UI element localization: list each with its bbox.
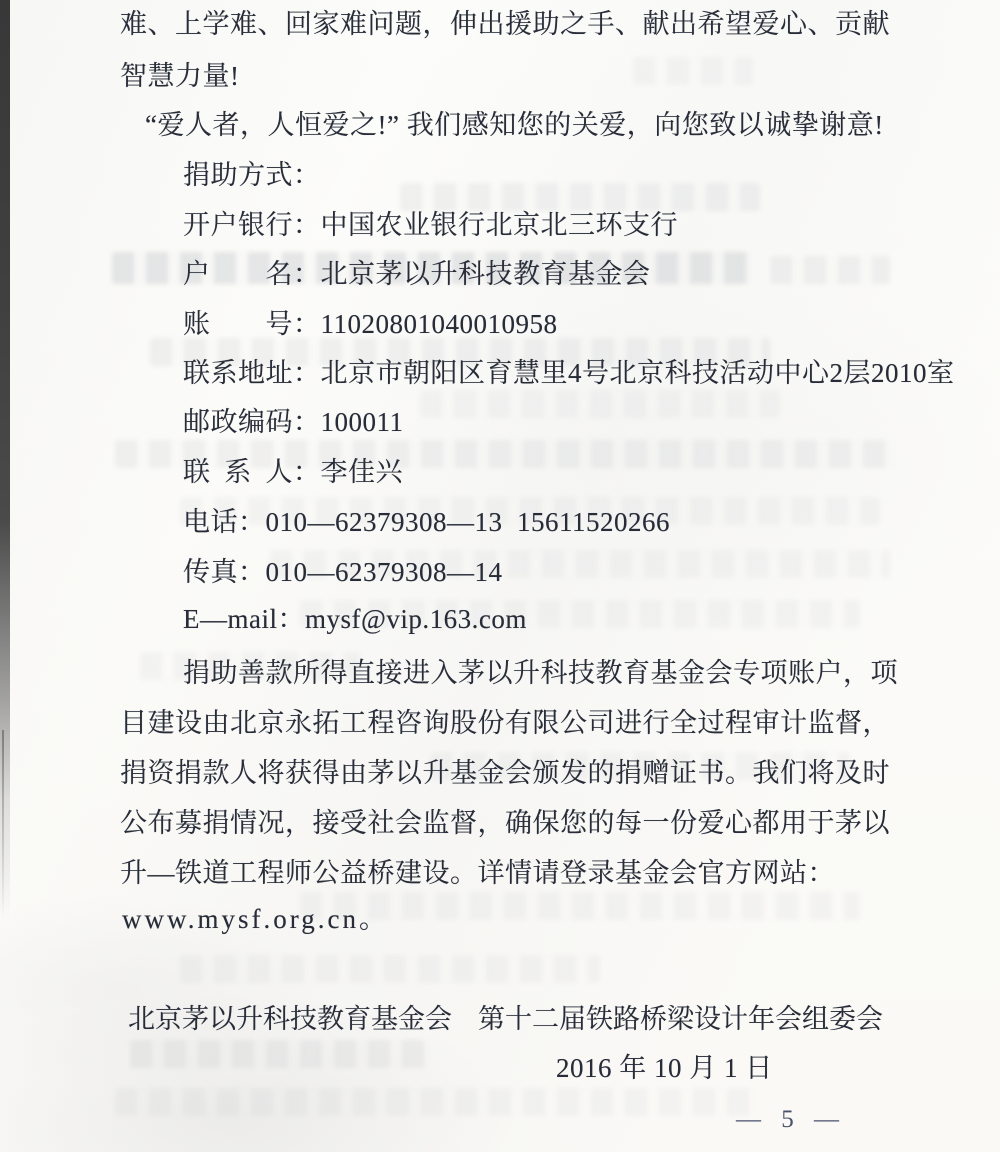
closing-paragraph-line: 目建设由北京永拓工程咨询股份有限公司进行全过程审计监督， — [120, 705, 890, 741]
field-row-postal-code: 邮政编码：100011 — [183, 404, 404, 440]
quote-line: “爱人者，人恒爱之!” 我们感知您的关爱，向您致以诚挚谢意! — [145, 107, 884, 143]
field-colon: ： — [293, 210, 321, 240]
bleedthrough-artifact — [420, 390, 780, 418]
field-colon: ： — [277, 604, 305, 634]
field-label: 户名 — [183, 256, 293, 292]
bleedthrough-artifact — [130, 1040, 430, 1068]
field-label: E—mail — [183, 604, 277, 634]
bleedthrough-artifact — [770, 256, 890, 284]
field-label: 账号 — [183, 306, 293, 342]
website-url: www.mysf.org.cn。 — [122, 901, 389, 937]
closing-paragraph-line: 升—铁道工程师公益桥建设。详情请登录基金会官方网站： — [120, 855, 835, 891]
field-value-account-number: 11020801040010958 — [321, 309, 558, 339]
field-row-fax: 传真：010—62379308—14 — [183, 554, 503, 590]
intro-line: 难、上学难、回家难问题，伸出援助之手、献出希望爱心、贡献 — [120, 6, 890, 42]
field-row-account-name: 户名：北京茅以升科技教育基金会 — [183, 256, 651, 292]
field-value-bank: 中国农业银行北京北三环支行 — [321, 210, 679, 240]
closing-paragraph-line: 捐资捐款人将获得由茅以升基金会颁发的捐赠证书。我们将及时 — [120, 755, 890, 791]
field-row-contact-person: 联系人：李佳兴 — [183, 454, 403, 490]
intro-line: 智慧力量! — [120, 58, 240, 94]
field-row-phone: 电话：010—62379308—13 15611520266 — [183, 504, 670, 540]
field-value-fax: 010—62379308—14 — [266, 557, 503, 587]
field-colon: ： — [293, 457, 321, 487]
field-value-postal-code: 100011 — [321, 407, 404, 437]
donation-heading: 捐助方式： — [183, 157, 321, 193]
field-label: 联系人 — [183, 454, 293, 490]
field-colon: ： — [293, 309, 321, 339]
field-row-email: E—mail：mysf@vip.163.com — [183, 601, 527, 637]
field-label: 联系地址 — [183, 355, 293, 391]
field-label: 电话 — [183, 507, 238, 537]
signature-organization-2: 第十二届铁路桥梁设计年会组委会 — [478, 1004, 883, 1034]
field-colon: ： — [293, 358, 321, 388]
field-row-account-number: 账号：11020801040010958 — [183, 306, 558, 342]
bleedthrough-artifact — [180, 955, 600, 983]
field-label: 邮政编码 — [183, 404, 293, 440]
page-number: — 5 — — [736, 1102, 846, 1138]
field-colon: ： — [238, 507, 266, 537]
field-value-contact-person: 李佳兴 — [321, 457, 404, 487]
scan-edge-line — [2, 730, 4, 920]
field-row-address: 联系地址：北京市朝阳区育慧里4号北京科技活动中心2层2010室 — [183, 355, 955, 391]
heading-colon: ： — [293, 160, 321, 190]
signature-organization-1: 北京茅以升科技教育基金会 — [128, 1004, 452, 1034]
closing-paragraph-line: 公布募捐情况，接受社会监督，确保您的每一份爱心都用于茅以 — [120, 805, 890, 841]
field-value-address: 北京市朝阳区育慧里4号北京科技活动中心2层2010室 — [321, 358, 955, 388]
field-value-phone: 010—62379308—13 15611520266 — [266, 507, 671, 537]
signature-line: 北京茅以升科技教育基金会第十二届铁路桥梁设计年会组委会 — [128, 1001, 883, 1037]
bleedthrough-artifact — [633, 57, 753, 85]
field-value-email: mysf@vip.163.com — [305, 604, 527, 634]
signature-date: 2016 年 10 月 1 日 — [556, 1050, 773, 1086]
bleedthrough-artifact — [115, 1088, 755, 1116]
field-colon: ： — [293, 407, 321, 437]
field-label: 开户银行 — [183, 207, 293, 243]
field-label: 传真 — [183, 557, 238, 587]
field-value-account-name: 北京茅以升科技教育基金会 — [321, 259, 651, 289]
field-colon: ： — [238, 557, 266, 587]
field-row-bank: 开户银行：中国农业银行北京北三环支行 — [183, 207, 678, 243]
donation-heading-text: 捐助方式 — [183, 160, 293, 190]
field-colon: ： — [293, 259, 321, 289]
scanned-document-page: 难、上学难、回家难问题，伸出援助之手、献出希望爱心、贡献 智慧力量! “爱人者，… — [0, 0, 1000, 1152]
closing-paragraph-line: 捐助善款所得直接进入茅以升科技教育基金会专项账户，项 — [183, 655, 898, 691]
